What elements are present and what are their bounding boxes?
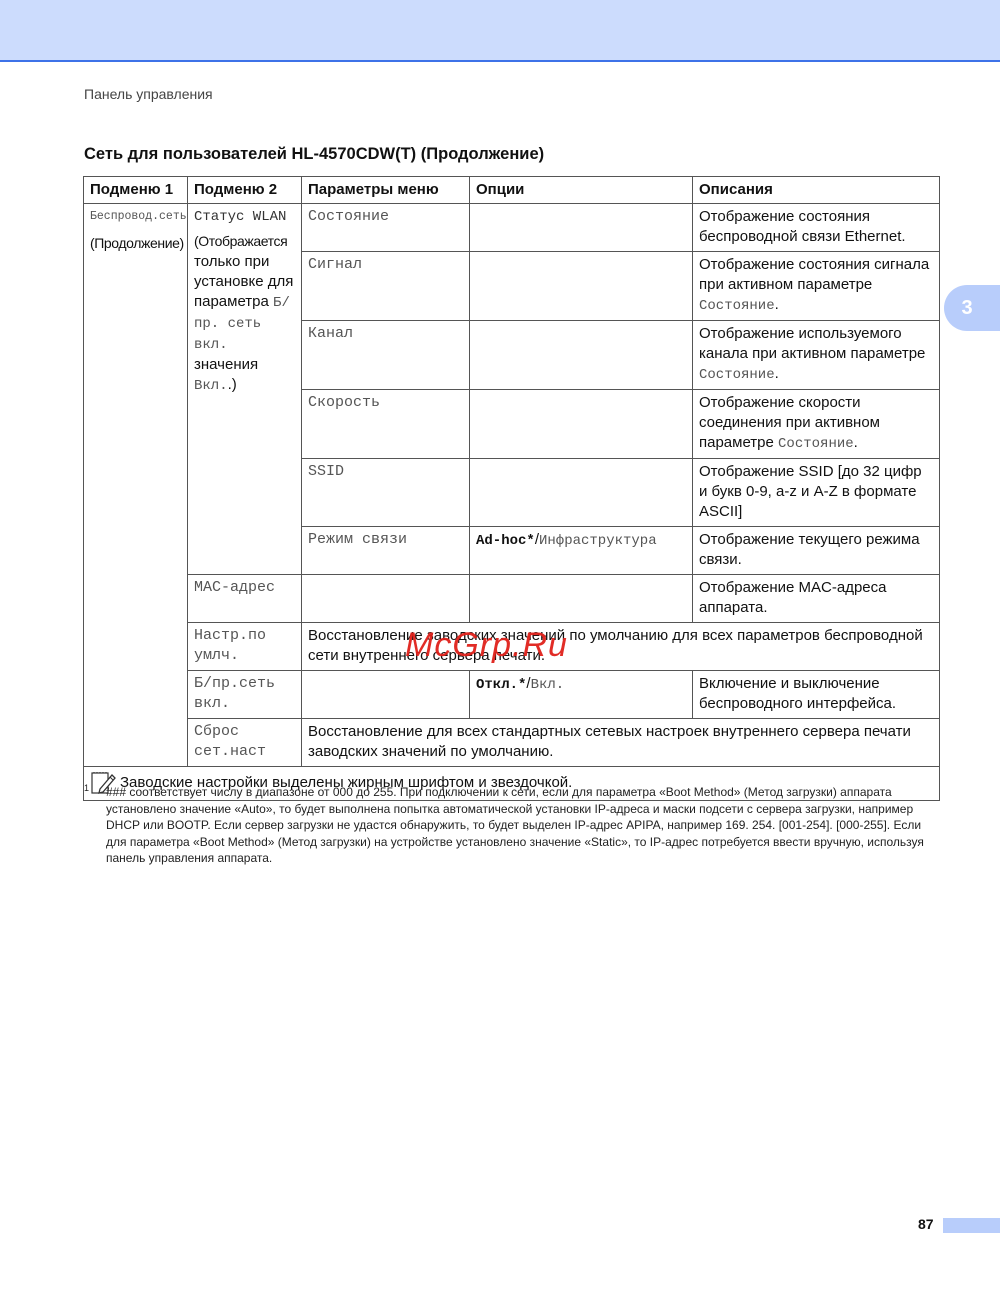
footnote-text: ### соответствует числу в диапазоне от 0… bbox=[106, 784, 944, 867]
default-option: Ad-hoc* bbox=[476, 533, 535, 549]
breadcrumb: Панель управления bbox=[84, 86, 213, 102]
submenu1-name: Беспровод.сеть bbox=[90, 207, 181, 227]
desc-cell: Восстановление для всех стандартных сете… bbox=[302, 719, 940, 767]
desc-cell: Восстановление заводских значений по умо… bbox=[302, 623, 940, 671]
desc-cell: Отображение состояния сигнала при активн… bbox=[693, 252, 940, 321]
options-cell: Откл.*/Вкл. bbox=[470, 671, 693, 719]
options-cell bbox=[470, 204, 693, 252]
submenu2-note: (Отображается только при установке для п… bbox=[194, 231, 295, 396]
default-option: Откл.* bbox=[476, 677, 526, 693]
footnote-marker: 1 bbox=[84, 780, 89, 797]
submenu1-cell: Сброс сет.наст bbox=[188, 719, 302, 767]
column-header: Описания bbox=[693, 177, 940, 204]
submenu1-note: (Продолжение) bbox=[90, 233, 181, 253]
watermark: McGrp.Ru bbox=[405, 626, 568, 665]
desc-cell: Отображение состояния беспроводной связи… bbox=[693, 204, 940, 252]
table-row: Сброс сет.наст Восстановление для всех с… bbox=[84, 719, 940, 767]
desc-cell: Включение и выключение беспроводного инт… bbox=[693, 671, 940, 719]
table-row: Беспровод.сеть (Продолжение) Статус WLAN… bbox=[84, 204, 940, 252]
section-title: Сеть для пользователей HL-4570CDW(T) (Пр… bbox=[84, 145, 544, 164]
table-row: Б/пр.сеть вкл. Откл.*/Вкл. Включение и в… bbox=[84, 671, 940, 719]
desc-cell: Отображение скорости соединения при акти… bbox=[693, 390, 940, 459]
submenu2-cell: Б/пр.сеть вкл. bbox=[188, 671, 302, 719]
chapter-number: 3 bbox=[961, 297, 972, 320]
submenu1-cell: Беспровод.сеть (Продолжение) bbox=[84, 204, 188, 767]
param-cell bbox=[302, 575, 470, 623]
param-cell: SSID bbox=[302, 459, 470, 527]
param-cell: Сигнал bbox=[302, 252, 470, 321]
column-header: Опции bbox=[470, 177, 693, 204]
column-header: Подменю 2 bbox=[188, 177, 302, 204]
column-header: Подменю 1 bbox=[84, 177, 188, 204]
page-number: 87 bbox=[918, 1216, 934, 1232]
submenu2-cell: MAC-адрес bbox=[188, 575, 302, 623]
desc-cell: Отображение SSID [до 32 цифр и букв 0-9,… bbox=[693, 459, 940, 527]
chapter-tab[interactable]: 3 bbox=[944, 285, 1000, 331]
desc-cell: Отображение MAC-адреса аппарата. bbox=[693, 575, 940, 623]
options-cell bbox=[470, 252, 693, 321]
menu-table: Подменю 1 Подменю 2 Параметры меню Опции… bbox=[83, 176, 940, 801]
param-cell: Режим связи bbox=[302, 527, 470, 575]
footnote: 1 ### соответствует числу в диапазоне от… bbox=[84, 784, 944, 867]
options-cell bbox=[470, 321, 693, 390]
submenu2-cell: Настр.по умлч. bbox=[188, 623, 302, 671]
column-header: Параметры меню bbox=[302, 177, 470, 204]
options-cell bbox=[470, 390, 693, 459]
submenu2-name: Статус WLAN bbox=[194, 207, 295, 227]
param-cell: Скорость bbox=[302, 390, 470, 459]
options-cell bbox=[470, 575, 693, 623]
options-cell bbox=[470, 459, 693, 527]
param-cell: Состояние bbox=[302, 204, 470, 252]
submenu2-cell: Статус WLAN (Отображается только при уст… bbox=[188, 204, 302, 575]
header-band bbox=[0, 0, 1000, 62]
desc-cell: Отображение текущего режима связи. bbox=[693, 527, 940, 575]
param-cell: Канал bbox=[302, 321, 470, 390]
table-header-row: Подменю 1 Подменю 2 Параметры меню Опции… bbox=[84, 177, 940, 204]
page-bar bbox=[943, 1218, 1000, 1233]
param-cell bbox=[302, 671, 470, 719]
desc-cell: Отображение используемого канала при акт… bbox=[693, 321, 940, 390]
table-row: MAC-адрес Отображение MAC-адреса аппарат… bbox=[84, 575, 940, 623]
options-cell: Ad-hoc*/Инфраструктура bbox=[470, 527, 693, 575]
